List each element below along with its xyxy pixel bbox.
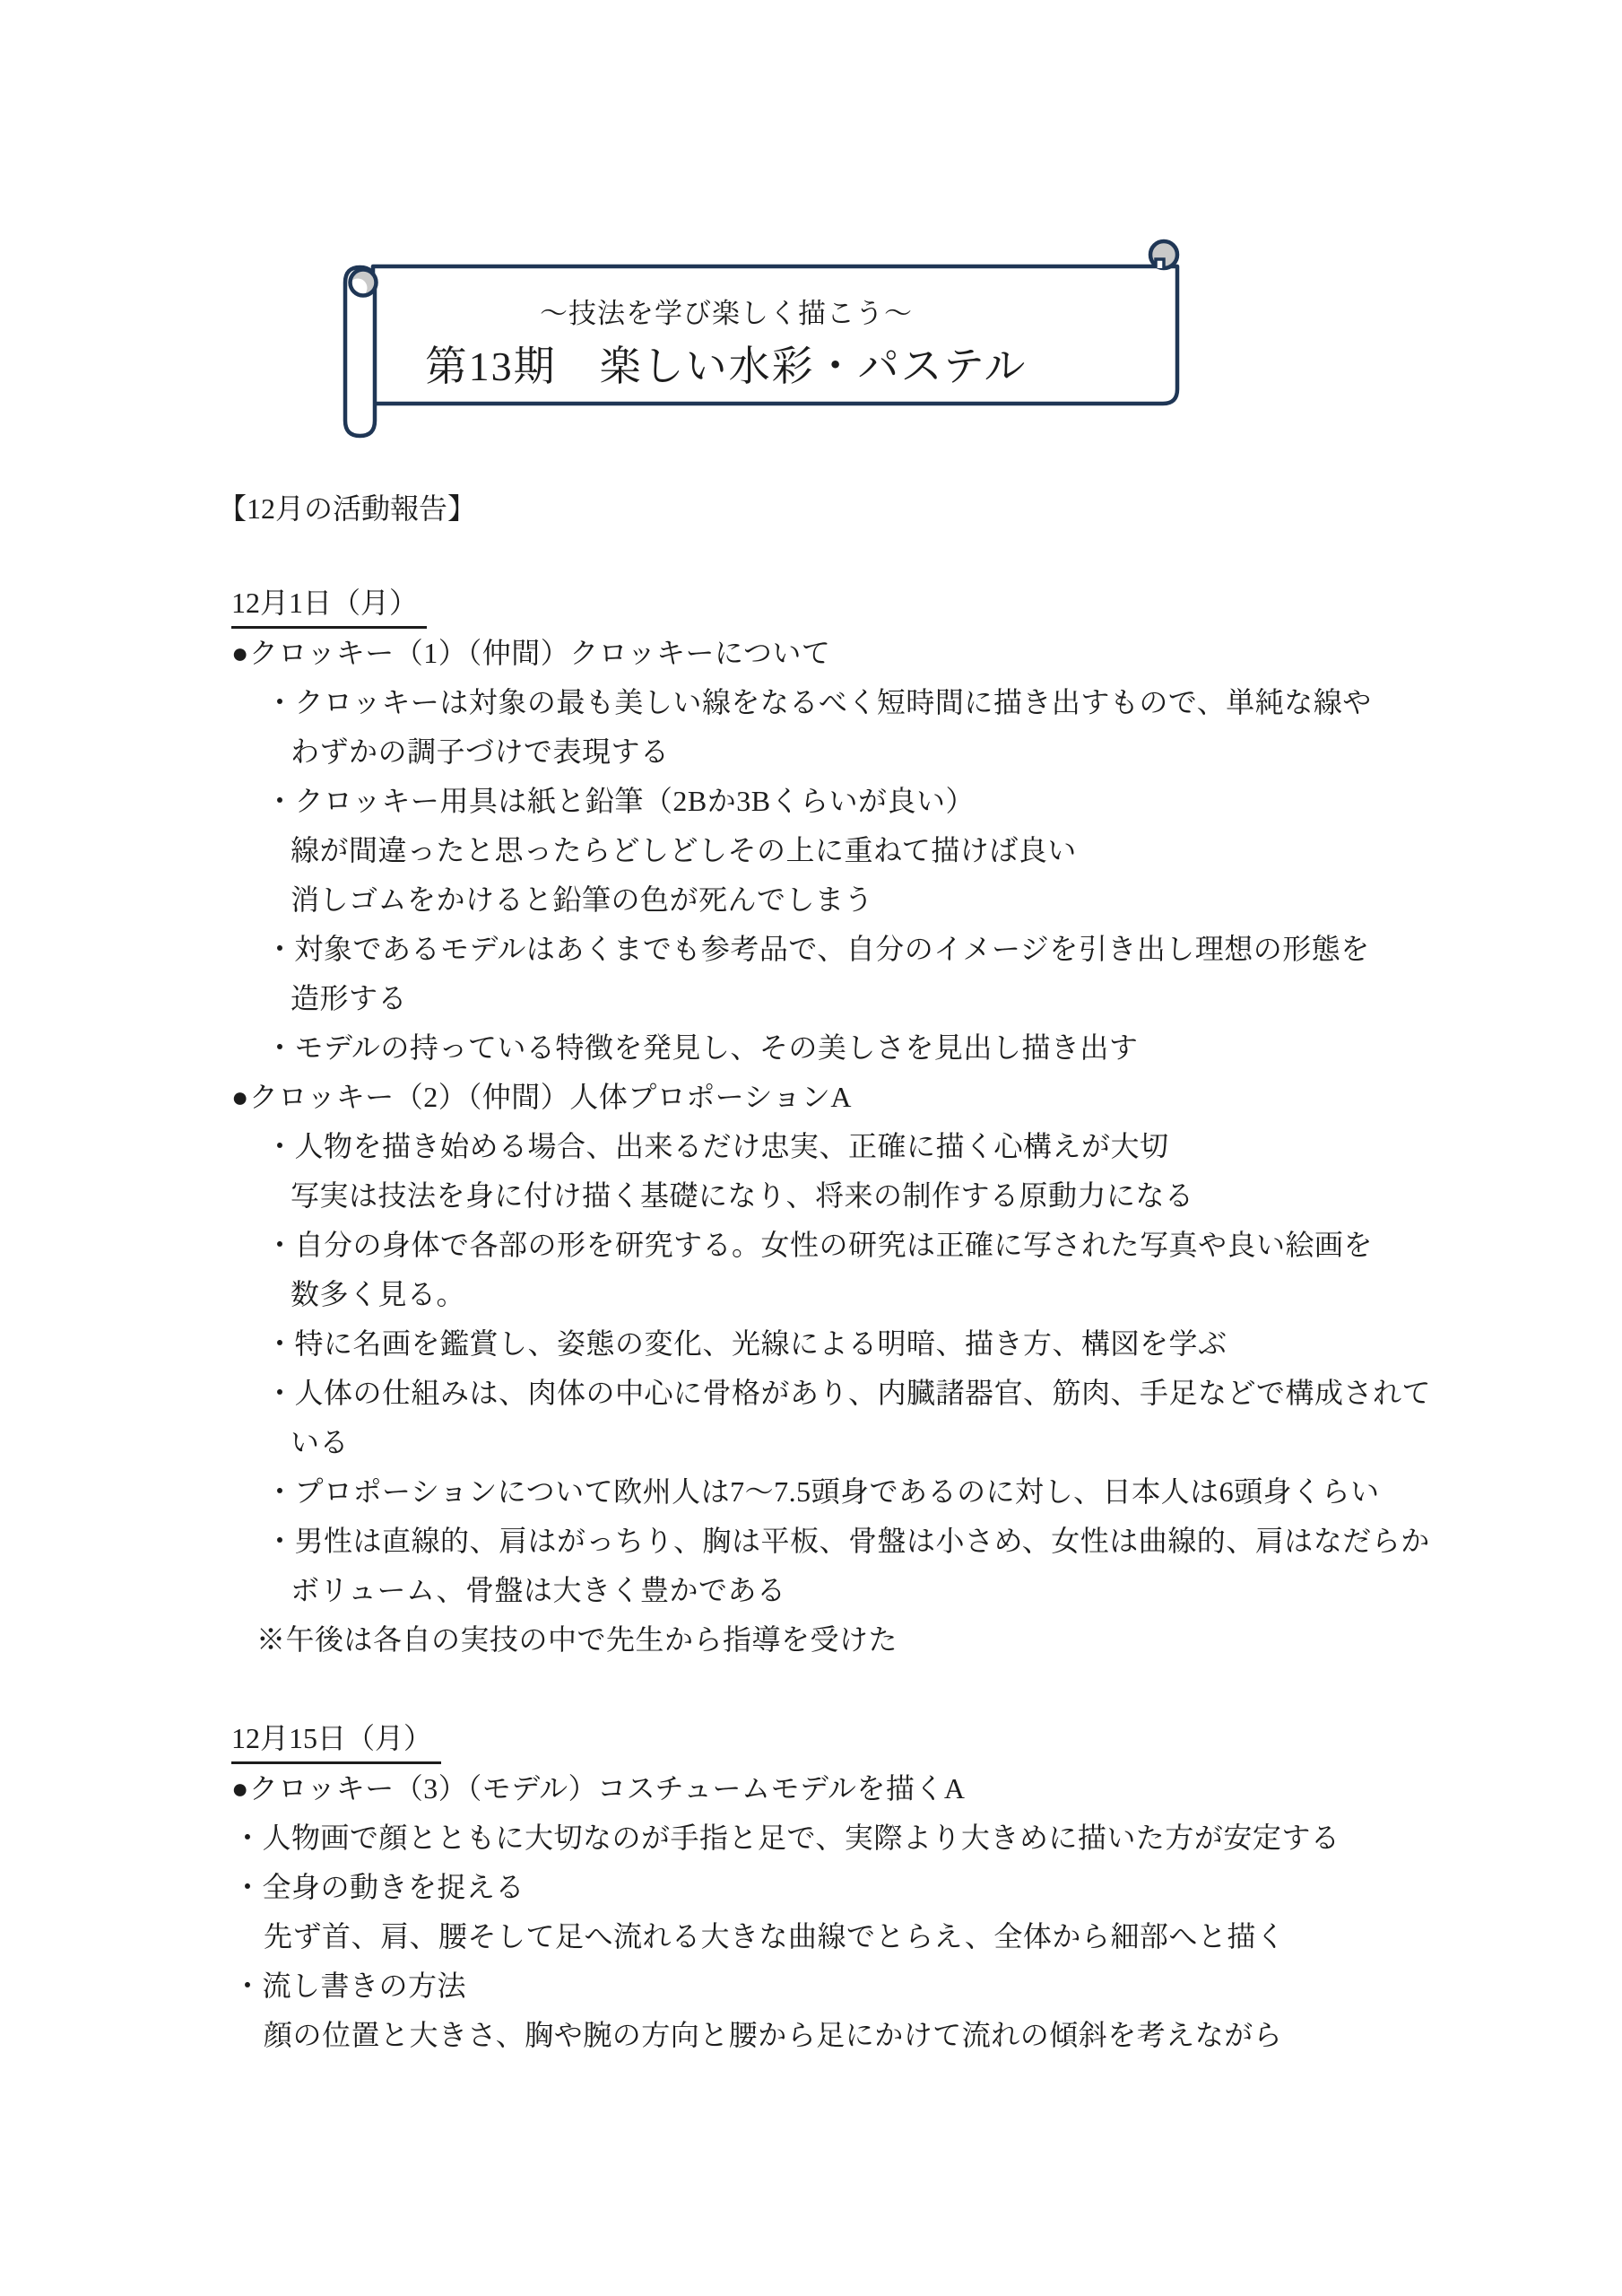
report-line: ・自分の身体で各部の形を研究する。女性の研究は正確に写された写真や良い絵画を [265,1221,1622,1270]
report-line: ※午後は各自の実技の中で先生から指導を受けた [256,1615,1622,1665]
report-line: ボリューム、骨盤は大きく豊かである [291,1566,1622,1615]
report-line: ・対象であるモデルはあくまでも参考品で、自分のイメージを引き出し理想の形態を [265,925,1622,974]
report-line: 数多く見る。 [291,1270,1622,1319]
report-line: ●クロッキー（1）（仲間）クロッキーについて [231,629,1622,678]
report-line: ・プロポーションについて欧州人は7～7.5頭身であるのに対し、日本人は6頭身くら… [265,1467,1622,1517]
report-line: ・人物画で顔とともに大切なのが手指と足で、実際より大きめに描いた方が安定する [233,1813,1622,1863]
report-line: ・人体の仕組みは、肉体の中心に骨格があり、内臓諸器官、筋肉、手足などで構成されて [265,1369,1622,1418]
report-line: 先ず首、肩、腰そして足へ流れる大きな曲線でとらえ、全体から細部へと描く [264,1912,1622,1961]
date-heading-text: 12月15日（月） [231,1717,441,1764]
report-line: 消しゴムをかけると鉛筆の色が死んでしまう [291,875,1622,925]
report-line: ・モデルの持っている特徴を発見し、その美しさを見出し描き出す [265,1023,1622,1073]
report-content: 【12月の活動報告】 12月1日（月）●クロッキー（1）（仲間）クロッキーについ… [0,0,1622,2060]
report-line: ・全身の動きを捉える [233,1863,1622,1912]
report-line: 線が間違ったと思ったらどしどしその上に重ねて描けば良い [291,826,1622,875]
report-section: 12月15日（月）●クロッキー（3）（モデル）コスチュームモデルを描くA・人物画… [0,1714,1622,2060]
report-line: ・流し書きの方法 [233,1961,1622,2011]
report-line: ・特に名画を鑑賞し、姿態の変化、光線による明暗、描き方、構図を学ぶ [265,1319,1622,1369]
report-sections: 12月1日（月）●クロッキー（1）（仲間）クロッキーについて・クロッキーは対象の… [0,578,1622,2060]
report-line: いる [291,1418,1622,1467]
report-line: わずかの調子づけで表現する [291,727,1622,777]
report-line: ●クロッキー（3）（モデル）コスチュームモデルを描くA [231,1764,1622,1813]
report-line: ・男性は直線的、肩はがっちり、胸は平板、骨盤は小さめ、女性は曲線的、肩はなだらか [265,1517,1622,1566]
report-heading: 【12月の活動報告】 [218,484,1622,534]
report-section: 12月1日（月）●クロッキー（1）（仲間）クロッキーについて・クロッキーは対象の… [0,578,1622,1665]
report-line: 造形する [291,974,1622,1023]
report-line: ●クロッキー（2）（仲間）人体プロポーションA [231,1073,1622,1122]
report-line: 写実は技法を身に付け描く基礎になり、将来の制作する原動力になる [291,1171,1622,1221]
report-line: ・クロッキーは対象の最も美しい線をなるべく短時間に描き出すもので、単純な線や [265,678,1622,727]
date-heading: 12月15日（月） [231,1714,1622,1764]
date-heading: 12月1日（月） [231,578,1622,629]
report-line: 顔の位置と大きさ、胸や腕の方向と腰から足にかけて流れの傾斜を考えながら [264,2011,1622,2060]
date-heading-text: 12月1日（月） [231,581,427,629]
report-line: ・クロッキー用具は紙と鉛筆（2Bか3Bくらいが良い） [265,777,1622,826]
report-line: ・人物を描き始める場合、出来るだけ忠実、正確に描く心構えが大切 [265,1122,1622,1171]
